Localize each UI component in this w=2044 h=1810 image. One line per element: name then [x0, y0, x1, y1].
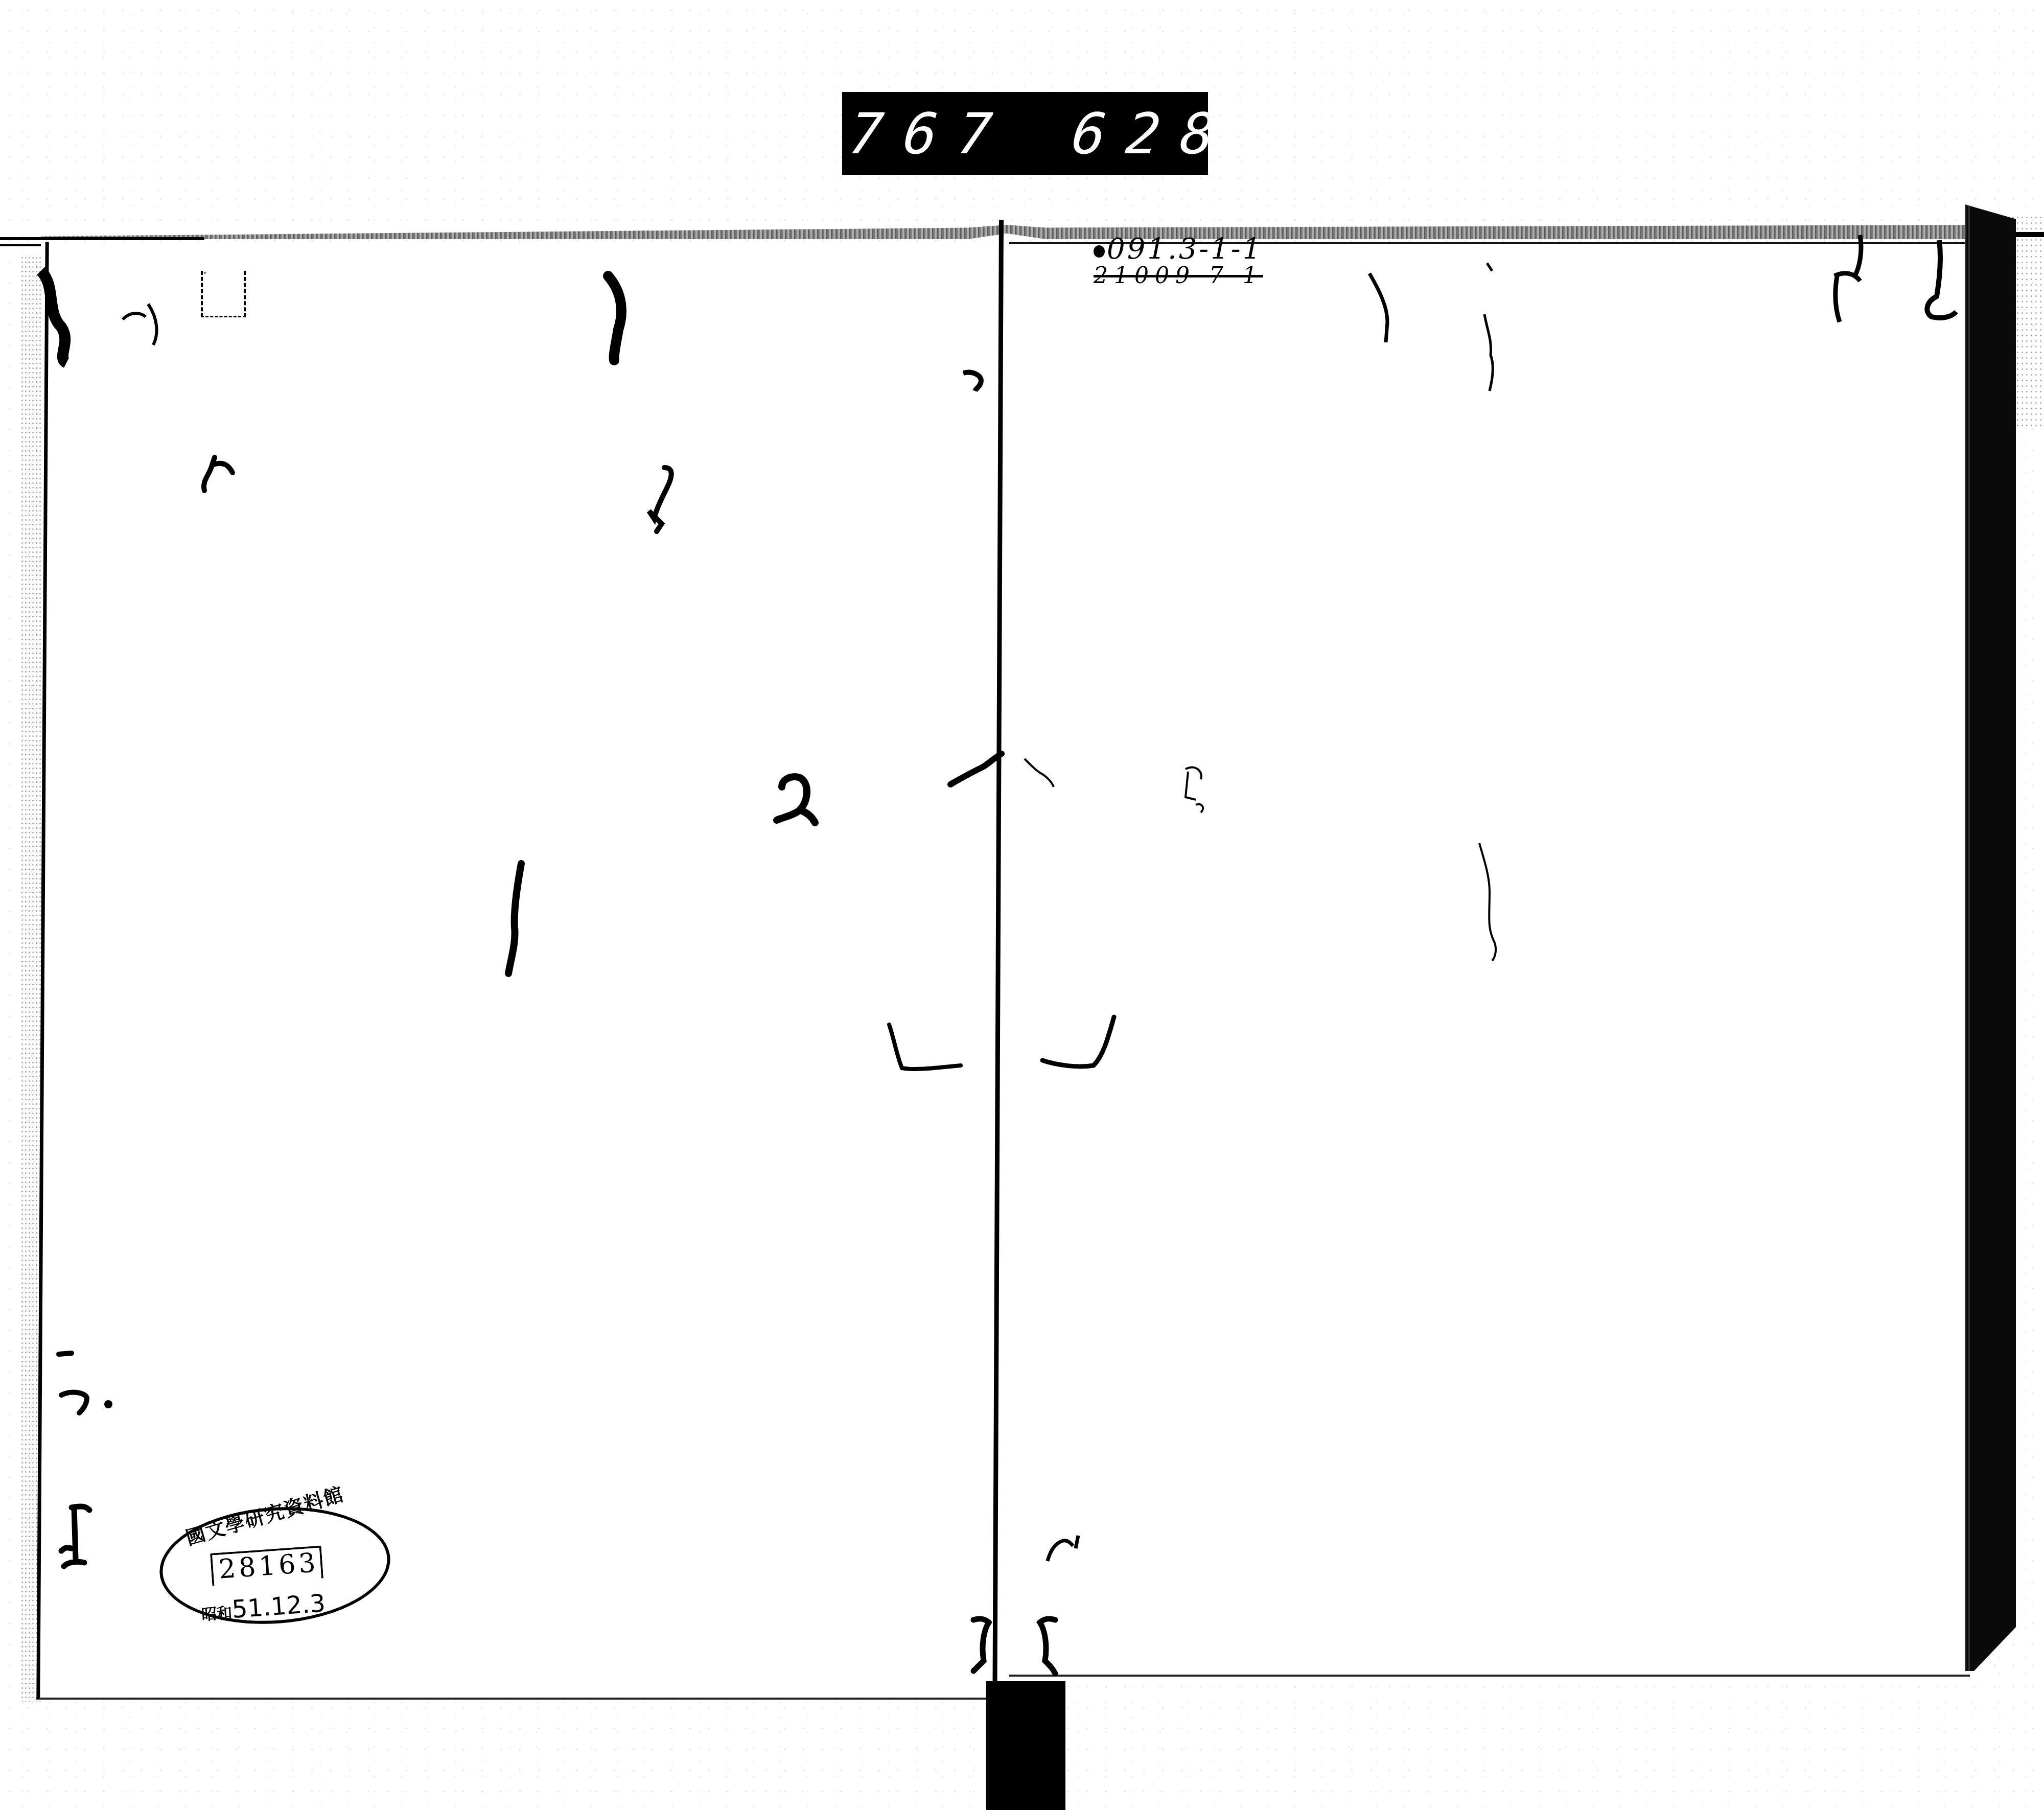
bracket-mark-left [884, 1019, 966, 1083]
clip-ornament-right [1019, 1610, 1060, 1678]
faint-ink-mark [1180, 761, 1211, 820]
ink-mark [56, 1344, 118, 1418]
frame-counter: 767 628. [842, 92, 1208, 175]
ink-mark-stroke [603, 273, 644, 367]
edge-rule [0, 237, 204, 240]
ink-mark [1042, 1530, 1083, 1568]
stamp-date-era: 昭和 [201, 1604, 233, 1624]
faint-ink-mark [1477, 841, 1507, 965]
ink-mark [56, 1497, 97, 1571]
faint-ink-mark [1022, 756, 1063, 794]
faint-ink-mark [1479, 258, 1500, 398]
struck-old-call-number: 21009 7 1 [1094, 263, 1263, 289]
ink-mark-glyph [772, 772, 838, 830]
corner-damage-mark [26, 266, 87, 370]
right-fore-edge [1965, 204, 2016, 1671]
ink-mark-vertical [503, 861, 529, 986]
ink-mark [636, 462, 677, 536]
ink-mark [194, 450, 255, 498]
ink-mark [1824, 220, 1886, 324]
ink-mark-vertical [1364, 271, 1390, 350]
ink-mark [118, 294, 169, 352]
small-label-box [201, 271, 246, 317]
edge-rule [0, 244, 41, 246]
clip-ornament-left [968, 1610, 1009, 1678]
frame-counter-right: 628. [1069, 101, 1292, 167]
call-number-note: 091.3-1-1 21009 7 1 [1094, 233, 1263, 289]
ink-mark [948, 751, 1004, 789]
bracket-mark-right [1037, 1014, 1119, 1078]
ink-mark [961, 368, 991, 396]
call-number: 091.3-1-1 [1094, 233, 1263, 266]
ink-mark [1916, 235, 1957, 324]
binding-clip [986, 1681, 1065, 1810]
page-stack-band [41, 225, 1972, 239]
fore-edge-noise [2011, 215, 2044, 429]
frame-counter-left: 767 [846, 101, 1015, 167]
